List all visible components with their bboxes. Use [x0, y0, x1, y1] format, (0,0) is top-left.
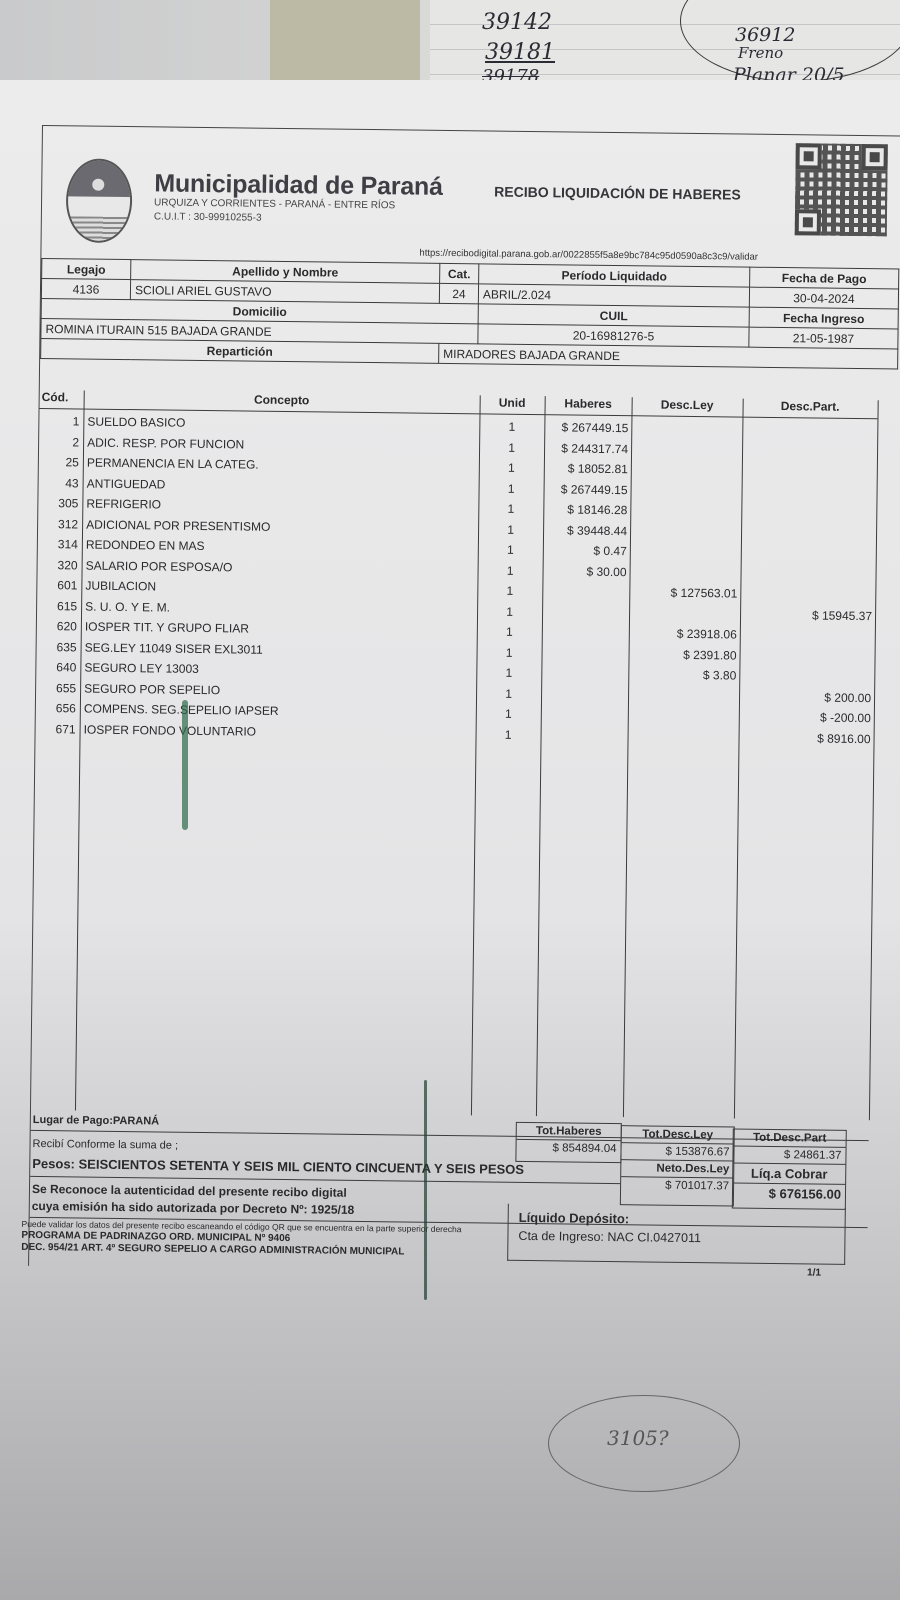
- cell-unid: 1: [479, 460, 544, 475]
- cell-desc-ley: $ 3.80: [628, 667, 736, 682]
- cell-unid: 1: [477, 624, 542, 639]
- cell-desc-ley: [631, 421, 739, 422]
- cell-haberes: [541, 728, 625, 729]
- cell-concepto: ADIC. RESP. POR FUNCION: [87, 435, 477, 454]
- pesos-en-letras: Pesos: SEISCIENTOS SETENTA Y SEIS MIL CI…: [32, 1156, 524, 1177]
- cell-unid: 1: [478, 563, 543, 578]
- cell-haberes: [542, 605, 626, 606]
- cell-haberes: $ 30.00: [543, 564, 627, 579]
- header-unid: Unid: [480, 395, 545, 410]
- cell-desc-part: [740, 648, 872, 650]
- cell-concepto: REDONDEO EN MAS: [86, 538, 476, 557]
- cell-unid: 1: [478, 522, 543, 537]
- tot-desc-ley-box: Tot.Desc.Ley $ 153876.67 Neto.Des.Ley $ …: [620, 1125, 735, 1206]
- cell-desc-ley: [631, 462, 739, 463]
- label-fecha-pago: Fecha de Pago: [750, 267, 899, 289]
- cell-desc-part: [741, 566, 873, 568]
- municipal-seal-icon: [66, 158, 133, 243]
- tot-haberes-value: $ 854894.04: [516, 1140, 620, 1157]
- handwritten-note: 3105?: [607, 1426, 669, 1450]
- cell-haberes: [541, 687, 625, 688]
- cell-desc-part: [741, 525, 873, 527]
- cell-desc-ley: $ 23918.06: [629, 626, 737, 641]
- fecha-ingreso-value: 21-05-1987: [749, 327, 898, 349]
- cat-value: 24: [439, 283, 478, 303]
- cell-concepto: REFRIGERIO: [86, 497, 476, 516]
- tot-desc-part-value: $ 24861.37: [733, 1147, 845, 1165]
- cell-concepto: SUELDO BASICO: [87, 415, 477, 434]
- header-desc-ley: Desc.Ley: [632, 397, 743, 412]
- cell-concepto: COMPENS. SEG.SEPELIO IAPSER: [84, 702, 474, 721]
- fecha-pago-value: 30-04-2024: [749, 287, 898, 309]
- cell-desc-ley: [630, 524, 738, 525]
- cell-desc-part: [742, 443, 874, 445]
- cell-haberes: $ 267449.15: [544, 482, 628, 497]
- cell-cod: 43: [39, 475, 79, 489]
- cell-unid: 1: [476, 665, 541, 680]
- cell-cod: 25: [39, 455, 79, 469]
- cell-desc-ley: [628, 729, 736, 730]
- cell-cod: 671: [36, 721, 76, 735]
- handwritten-note: 39181: [485, 40, 555, 65]
- label-legajo: Legajo: [42, 259, 131, 280]
- cell-unid: 1: [476, 706, 541, 721]
- cta-ingreso: Cta de Ingreso: NAC CI.0427011: [508, 1225, 844, 1251]
- cell-unid: 1: [479, 440, 544, 455]
- tot-desc-part-box: Tot.Desc.Part $ 24861.37 Líq.a Cobrar $ …: [732, 1129, 847, 1210]
- cell-concepto: IOSPER FONDO VOLUNTARIO: [84, 722, 474, 741]
- cell-desc-part: $ 15945.37: [740, 607, 872, 623]
- tot-desc-part-label: Tot.Desc.Part: [734, 1130, 846, 1148]
- ink-tear-line: [424, 1080, 427, 1300]
- cell-cod: 314: [38, 537, 78, 551]
- handwritten-note: 39142: [482, 10, 552, 35]
- handwritten-note: Freno: [738, 44, 783, 62]
- cell-cod: 312: [38, 516, 78, 530]
- header-cod: Cód.: [42, 390, 82, 404]
- lugar-pago: Lugar de Pago:PARANÁ: [33, 1114, 159, 1128]
- cell-unid: 1: [476, 727, 541, 742]
- label-fecha-ingreso: Fecha Ingreso: [749, 307, 898, 329]
- cell-desc-ley: [630, 565, 738, 566]
- cell-desc-ley: $ 2391.80: [628, 647, 736, 662]
- header-desc-part: Desc.Part.: [743, 399, 878, 415]
- cell-desc-part: [742, 423, 874, 425]
- cell-cod: 620: [37, 619, 77, 633]
- cell-unid: 1: [477, 583, 542, 598]
- label-cat: Cat.: [440, 263, 479, 283]
- cell-cod: 320: [38, 557, 78, 571]
- cell-desc-ley: [630, 503, 738, 504]
- tot-desc-ley-label: Tot.Desc.Ley: [622, 1126, 734, 1144]
- label-reparticion: Repartición: [41, 339, 439, 364]
- cell-concepto: ADICIONAL POR PRESENTISMO: [86, 517, 476, 536]
- cell-unid: 1: [477, 645, 542, 660]
- neto-value: $ 701017.37: [621, 1177, 733, 1194]
- liq-cobrar-label: Líq.a Cobrar: [733, 1164, 845, 1185]
- cell-concepto: S. U. O. Y E. M.: [85, 599, 475, 618]
- tot-haberes-box: Tot.Haberes $ 854894.04: [515, 1122, 621, 1163]
- header-haberes: Haberes: [545, 396, 632, 411]
- deposito-box: Líquido Depósito: Cta de Ingreso: NAC CI…: [507, 1204, 846, 1265]
- cell-cod: 305: [38, 496, 78, 510]
- cell-desc-part: [741, 546, 873, 548]
- cell-haberes: [542, 584, 626, 585]
- cell-concepto: SEGURO LEY 13003: [84, 661, 474, 680]
- cell-desc-ley: $ 127563.01: [629, 585, 737, 600]
- cell-desc-part: [740, 587, 872, 589]
- cell-concepto: JUBILACION: [85, 579, 475, 598]
- org-cuit: C.U.I.T : 30-99910255-3: [154, 211, 262, 223]
- autenticidad-line2: cuya emisión ha sido autorizada por Decr…: [32, 1199, 355, 1217]
- cell-desc-part: [742, 464, 874, 466]
- cell-haberes: [542, 625, 626, 626]
- cell-desc-part: [741, 505, 873, 507]
- validation-url[interactable]: https://recibodigital.parana.gob.ar/0022…: [419, 248, 758, 263]
- handwritten-circle-bottom: 3105?: [548, 1395, 740, 1492]
- cell-haberes: $ 244317.74: [544, 441, 628, 456]
- cell-unid: 1: [478, 542, 543, 557]
- autenticidad-line1: Se Reconoce la autenticidad del presente…: [32, 1182, 347, 1200]
- cell-cod: 1: [39, 414, 79, 428]
- cell-cod: 656: [36, 701, 76, 715]
- cell-desc-ley: [628, 688, 736, 689]
- tot-desc-ley-value: $ 153876.67: [621, 1143, 733, 1161]
- cell-desc-part: [740, 628, 872, 630]
- handwritten-note: 36912: [735, 24, 795, 46]
- cell-desc-part: [742, 484, 874, 486]
- cell-desc-part: $ 200.00: [739, 689, 871, 705]
- cell-haberes: $ 267449.15: [544, 420, 628, 435]
- liq-cobrar-value: $ 676156.00: [733, 1184, 845, 1204]
- cell-cod: 615: [37, 598, 77, 612]
- cell-unid: 1: [478, 501, 543, 516]
- cell-concepto: SEGURO POR SEPELIO: [84, 681, 474, 700]
- ink-stain: [182, 700, 188, 830]
- background-object: [270, 0, 420, 88]
- cell-unid: 1: [479, 419, 544, 434]
- cell-desc-part: $ -200.00: [739, 710, 871, 726]
- cell-cod: 655: [36, 680, 76, 694]
- cell-haberes: [542, 646, 626, 647]
- cell-desc-part: [739, 669, 871, 671]
- cell-desc-ley: [631, 442, 739, 443]
- cell-haberes: [541, 707, 625, 708]
- cell-desc-ley: [629, 606, 737, 607]
- org-address: URQUIZA Y CORRIENTES - PARANÁ - ENTRE RÍ…: [154, 197, 395, 211]
- items-table: Cód. Concepto Unid Haberes Desc.Ley Desc…: [31, 390, 898, 1120]
- cell-cod: 2: [39, 434, 79, 448]
- document-title: RECIBO LIQUIDACIÓN DE HABERES: [494, 184, 741, 203]
- cell-haberes: $ 18052.81: [544, 461, 628, 476]
- neto-label: Neto.Des.Ley: [621, 1160, 733, 1178]
- cell-concepto: SALARIO POR ESPOSA/O: [86, 558, 476, 577]
- cell-haberes: $ 18146.28: [543, 502, 627, 517]
- cell-desc-ley: [630, 544, 738, 545]
- employee-info-table: Legajo Apellido y Nombre Cat. Período Li…: [40, 258, 899, 369]
- cell-concepto: PERMANENCIA EN LA CATEG.: [87, 456, 477, 475]
- cell-haberes: [541, 666, 625, 667]
- cell-desc-ley: [628, 708, 736, 709]
- cell-haberes: $ 0.47: [543, 543, 627, 558]
- cell-cod: 640: [36, 660, 76, 674]
- cell-unid: 1: [477, 604, 542, 619]
- cell-unid: 1: [476, 686, 541, 701]
- pay-receipt: Municipalidad de Paraná URQUIZA Y CORRIE…: [28, 125, 900, 1276]
- legajo-value: 4136: [41, 279, 130, 300]
- page-number: 1/1: [807, 1267, 821, 1278]
- cell-haberes: $ 39448.44: [543, 523, 627, 538]
- cell-concepto: SEG.LEY 11049 SISER EXL3011: [85, 640, 475, 659]
- cell-desc-part: $ 8916.00: [738, 730, 870, 746]
- cell-desc-ley: [631, 483, 739, 484]
- cell-cod: 635: [37, 639, 77, 653]
- tot-haberes-label: Tot.Haberes: [517, 1123, 621, 1141]
- decreto-sepelio: DEC. 954/21 ART. 4º SEGURO SEPELIO A CAR…: [21, 1242, 404, 1258]
- reparticion-value: MIRADORES BAJADA GRANDE: [439, 343, 898, 369]
- recibi-conforme: Recibí Conforme la suma de ;: [32, 1138, 178, 1152]
- cell-unid: 1: [479, 481, 544, 496]
- cell-concepto: IOSPER TIT. Y GRUPO FLIAR: [85, 620, 475, 639]
- cell-cod: 601: [37, 578, 77, 592]
- cell-concepto: ANTIGUEDAD: [87, 476, 477, 495]
- qr-code-icon[interactable]: [795, 143, 888, 236]
- liquido-deposito-label: Líquido Depósito:: [509, 1204, 845, 1229]
